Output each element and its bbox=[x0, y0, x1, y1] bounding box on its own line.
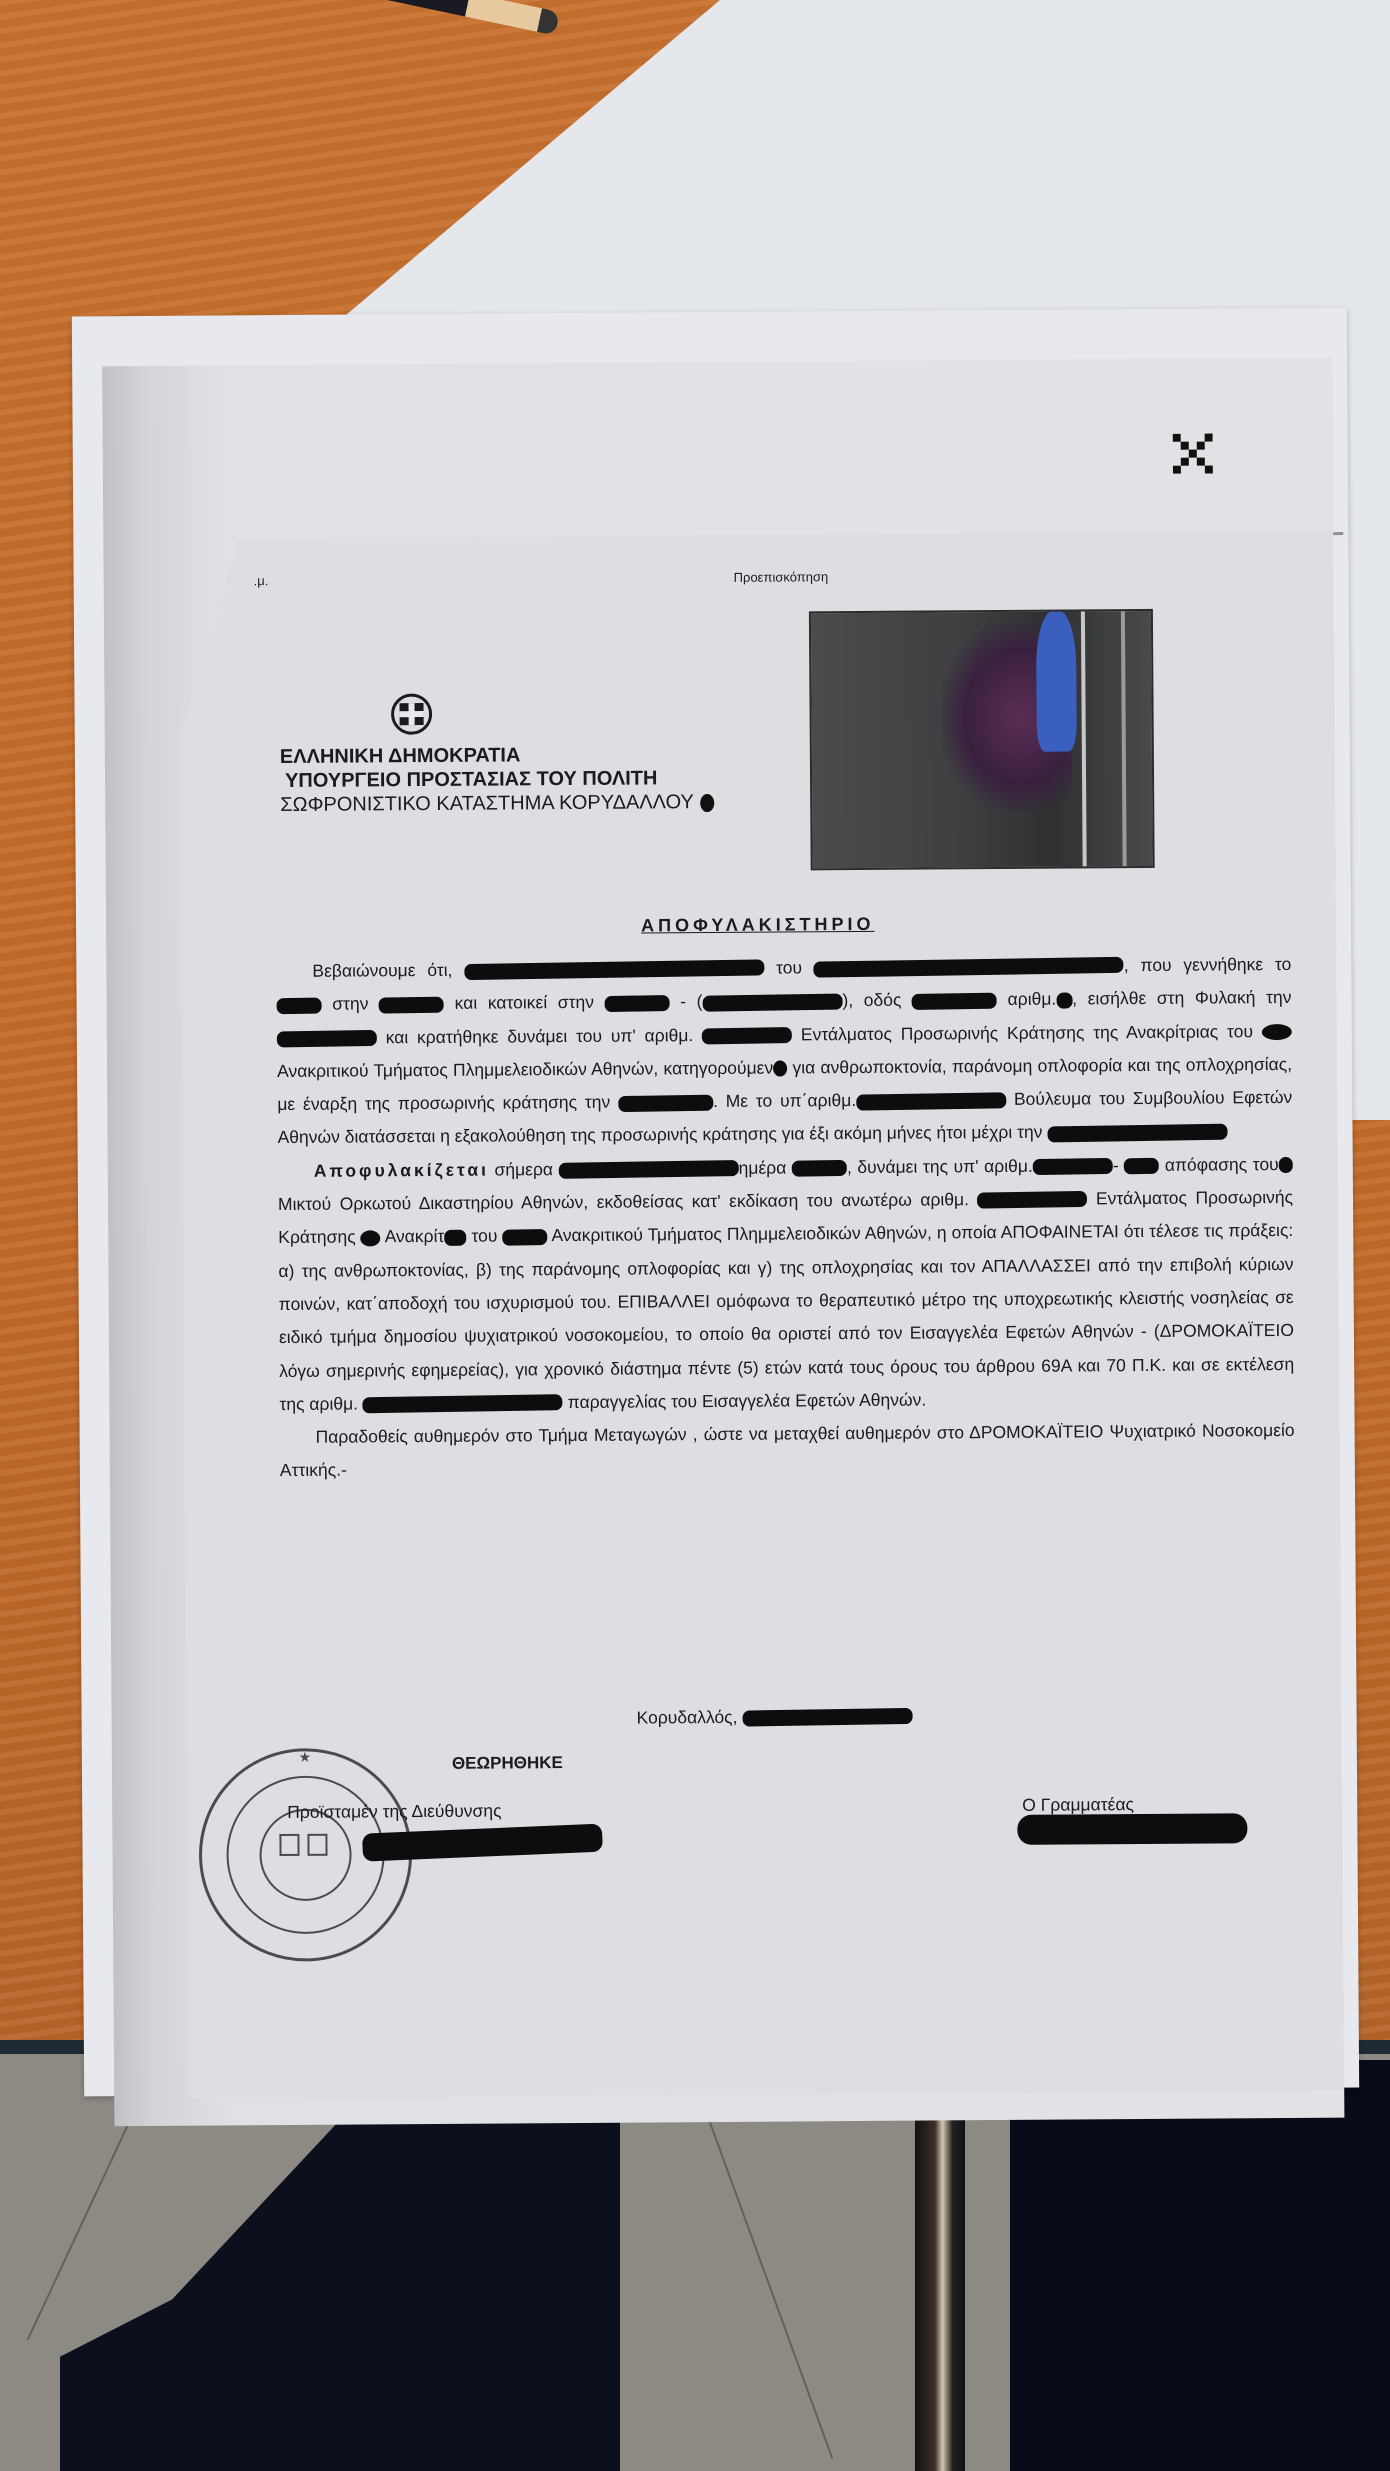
redaction bbox=[1033, 1158, 1113, 1175]
document-body: Βεβαιώνουμε ότι, του , που γεννήθηκε το … bbox=[276, 948, 1295, 1488]
redaction bbox=[1047, 1123, 1227, 1142]
redaction bbox=[363, 1394, 563, 1413]
secretary-signature-redaction bbox=[1017, 1813, 1247, 1845]
redaction bbox=[1056, 992, 1072, 1008]
redaction bbox=[1124, 1158, 1159, 1175]
paragraph-identity: Βεβαιώνουμε ότι, του , που γεννήθηκε το … bbox=[276, 948, 1292, 1155]
redaction bbox=[276, 997, 321, 1014]
header-ministry: ΥΠΟΥΡΓΕΙΟ ΠΡΟΣΤΑΣΙΑΣ ΤΟΥ ΠΟΛΙΤΗ bbox=[280, 766, 714, 793]
issuer-header: ΕΛΛΗΝΙΚΗ ΔΗΜΟΚΡΑΤΙΑ ΥΠΟΥΡΓΕΙΟ ΠΡΟΣΤΑΣΙΑΣ… bbox=[280, 742, 714, 817]
document-paper: .μ. Προεπισκόπηση ΕΛΛΗΝΙΚΗ ΔΗΜΟΚΡΑΤΙΑ ΥΠ… bbox=[72, 308, 1359, 2097]
place: Κορυδαλλός, bbox=[637, 1707, 738, 1728]
redaction bbox=[1262, 1024, 1292, 1040]
reference-fragment: .μ. bbox=[254, 573, 269, 588]
header-republic: ΕΛΛΗΝΙΚΗ ΔΗΜΟΚΡΑΤΙΑ bbox=[280, 742, 714, 769]
photo-bar bbox=[1081, 611, 1087, 866]
document-title: ΑΠΟΦΥΛΑΚΙΣΤΗΡΙΟ bbox=[641, 914, 875, 937]
director-label: Προϊσταμέν της Διεύθυνσης bbox=[287, 1801, 501, 1823]
chair-leg bbox=[915, 2060, 965, 2471]
person-leg-right bbox=[1010, 2060, 1390, 2471]
redaction bbox=[277, 1030, 377, 1048]
inmate-photo bbox=[809, 609, 1155, 870]
photo-blue-cloth bbox=[1036, 611, 1077, 751]
redaction bbox=[702, 993, 842, 1011]
redaction bbox=[502, 1229, 547, 1246]
redaction bbox=[977, 1191, 1087, 1209]
redaction bbox=[742, 1708, 912, 1727]
redaction bbox=[912, 992, 997, 1009]
header-prison: ΣΩΦΡΟΝΙΣΤΙΚΟ ΚΑΤΑΣΤΗΜΑ ΚΟΡΥΔΑΛΛΟΥ bbox=[280, 791, 694, 816]
seen-label: ΘΕΩΡΗΘΗΚΕ bbox=[452, 1753, 563, 1774]
redaction bbox=[444, 1229, 466, 1245]
preview-label: Προεπισκόπηση bbox=[734, 569, 829, 585]
redaction bbox=[700, 794, 714, 812]
redaction bbox=[702, 1027, 792, 1044]
secretary-label: Ο Γραμματέας bbox=[1022, 1794, 1134, 1816]
paragraph-transfer: Παραδοθείς αυθημερόν στο Τμήμα Μεταγωγών… bbox=[280, 1414, 1295, 1488]
redaction bbox=[360, 1230, 380, 1246]
redaction bbox=[792, 1160, 847, 1177]
paragraph-release: Αποφυλακίζεται σήμερα ημέρα , δυνάμει τη… bbox=[278, 1148, 1295, 1421]
photo-bar bbox=[1121, 611, 1127, 866]
svg-text:★: ★ bbox=[299, 1749, 312, 1765]
redaction bbox=[1279, 1157, 1293, 1173]
redaction bbox=[604, 995, 669, 1012]
redaction bbox=[618, 1094, 713, 1111]
redaction bbox=[773, 1061, 787, 1077]
redaction bbox=[856, 1092, 1006, 1110]
redaction bbox=[379, 996, 444, 1013]
redaction bbox=[464, 960, 764, 981]
place-date: Κορυδαλλός, bbox=[637, 1706, 913, 1729]
greek-coat-of-arms-icon bbox=[389, 692, 433, 736]
redaction bbox=[559, 1160, 739, 1179]
document-content: .μ. Προεπισκόπηση ΕΛΛΗΝΙΚΗ ΔΗΜΟΚΡΑΤΙΑ ΥΠ… bbox=[72, 308, 1359, 2097]
redaction bbox=[814, 957, 1124, 978]
